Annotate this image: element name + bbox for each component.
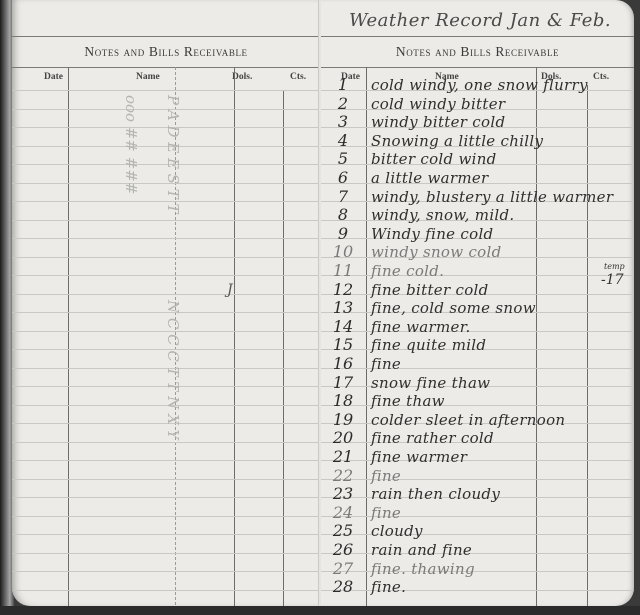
entry-date: 11 [329,262,357,280]
entry-note: fine bitter cold [371,281,489,299]
book-bottom-edge [0,606,640,615]
weather-entry-row: 2cold windy bitter [321,95,634,113]
ruled-line [12,534,320,535]
entry-note: windy snow cold [371,243,501,261]
weather-entry-row: 26rain and fine [321,541,634,559]
pencil-mark-j: J [227,282,233,298]
entry-note: fine. [371,578,406,596]
weather-entry-row: 3windy bitter cold [321,113,634,131]
entry-date: 14 [329,318,357,336]
entry-note: fine, cold some snow [371,299,536,317]
col-cts-header: Cts. [290,72,306,82]
weather-entry-row: 15fine quite mild [321,336,634,354]
entry-date: 25 [329,522,357,540]
entry-date: 23 [329,485,357,503]
weather-entry-row: 5bitter cold wind [321,150,634,168]
weather-entry-row: 7windy, blustery a little warmer [321,188,634,206]
dols-column-divider [283,90,284,606]
left-page-title: Notes and Bills Receivable [12,37,320,67]
entry-note: fine [371,355,401,373]
entry-date: 28 [329,578,357,596]
entry-date: 6 [329,169,357,187]
faint-pencil-writing: N C C C T T N X Y [164,300,182,439]
entry-note: fine rather cold [371,429,494,447]
weather-record-header: Weather Record Jan & Feb. [331,6,634,36]
weather-entry-row: 19colder sleet in afternoon [321,411,634,429]
ruled-line [12,460,320,461]
entry-note: fine. thawing [371,560,475,578]
ruled-line [12,238,320,239]
entry-date: 2 [329,95,357,113]
faint-pencil-writing: ooo ## ### [122,95,140,194]
entry-date: 26 [329,541,357,559]
ruled-line [12,497,320,498]
entry-note: fine cold. [371,262,444,280]
weather-entry-row: 14fine warmer. [321,318,634,336]
weather-entry-row: 20fine rather cold [321,429,634,447]
weather-entry-row: 24fine [321,504,634,522]
entry-date: 17 [329,374,357,392]
entry-date: 13 [329,299,357,317]
weather-entry-row: 6a little warmer [321,169,634,187]
entry-note: fine [371,467,401,485]
entry-date: 9 [329,225,357,243]
ruled-line [12,553,320,554]
entry-note: fine [371,504,401,522]
weather-entry-row: 28fine. [321,578,634,596]
entry-note: windy, blustery a little warmer [371,188,613,206]
ruled-line [12,516,320,517]
entry-date: 16 [329,355,357,373]
weather-entry-row: 23rain then cloudy [321,485,634,503]
weather-entry-row: 1cold windy, one snow flurry [321,76,634,94]
date-column-divider [68,67,69,606]
weather-entry-row: 11fine cold. [321,262,634,280]
ruled-line [12,90,320,91]
weather-entry-row: 22fine [321,467,634,485]
weather-entry-row: 17snow fine thaw [321,374,634,392]
weather-entry-row: 10windy snow cold [321,243,634,261]
entry-date: 10 [329,243,357,261]
name-column-divider [234,67,235,606]
entry-note: cold windy, one snow flurry [371,76,588,94]
entry-note: fine quite mild [371,336,486,354]
col-name-header: Name [136,72,160,82]
entry-date: 20 [329,429,357,447]
ruled-line [12,220,320,221]
weather-entry-row: 21fine warmer [321,448,634,466]
entry-note: rain and fine [371,541,472,559]
entry-note: rain then cloudy [371,485,500,503]
entry-date: 18 [329,392,357,410]
weather-entry-row: 12fine bitter cold [321,281,634,299]
right-page-title: Notes and Bills Receivable [321,37,634,67]
entry-note: Windy fine cold [371,225,493,243]
ruled-line [12,294,320,295]
entry-note: cold windy bitter [371,95,505,113]
ruled-line [12,590,320,591]
weather-entry-row: 4Snowing a little chilly [321,132,634,150]
weather-entry-row: 13fine, cold some snow [321,299,634,317]
entry-date: 4 [329,132,357,150]
entry-note: colder sleet in afternoon [371,411,565,429]
entry-note: cloudy [371,522,423,540]
entry-date: 22 [329,467,357,485]
entry-note: windy bitter cold [371,113,505,131]
entry-date: 19 [329,411,357,429]
entry-note: a little warmer [371,169,489,187]
ruled-line [12,571,320,572]
entry-date: 1 [329,76,357,94]
weather-entry-row: 27fine. thawing [321,560,634,578]
entry-date: 7 [329,188,357,206]
entry-date: 24 [329,504,357,522]
ruled-line [12,257,320,258]
weather-entry-row: 16fine [321,355,634,373]
title-bottom-rule [12,67,320,68]
col-date-header: Date [44,72,63,82]
entry-date: 27 [329,560,357,578]
weather-entry-row: 18fine thaw [321,392,634,410]
ruled-line [12,275,320,276]
entry-note: bitter cold wind [371,150,497,168]
entry-note: fine thaw [371,392,445,410]
entry-date: 15 [329,336,357,354]
weather-entry-row: 8windy, snow, mild. [321,206,634,224]
ruled-line [12,479,320,480]
entry-note: Snowing a little chilly [371,132,543,150]
entry-note: windy, snow, mild. [371,206,515,224]
entry-date: 5 [329,150,357,168]
entry-note: fine warmer [371,448,467,466]
title-bottom-rule [321,67,634,68]
entry-date: 8 [329,206,357,224]
entry-date: 21 [329,448,357,466]
entry-date: 12 [329,281,357,299]
entry-date: 3 [329,113,357,131]
faint-pencil-writing: P A D E E S T T [164,95,182,214]
col-dols-header: Dols. [232,72,252,82]
weather-entry-row: 25cloudy [321,522,634,540]
left-page: Notes and Bills Receivable Date Name Dol… [12,0,320,606]
temperature-note-value: -17 [601,272,624,288]
temperature-note-label: temp [604,262,625,271]
right-page: Weather Record Jan & Feb. Notes and Bill… [321,0,634,606]
weather-entry-row: 9Windy fine cold [321,225,634,243]
entry-note: fine warmer. [371,318,471,336]
notebook-scan: Notes and Bills Receivable Date Name Dol… [0,0,640,615]
ruled-line [12,442,320,443]
entry-note: snow fine thaw [371,374,490,392]
